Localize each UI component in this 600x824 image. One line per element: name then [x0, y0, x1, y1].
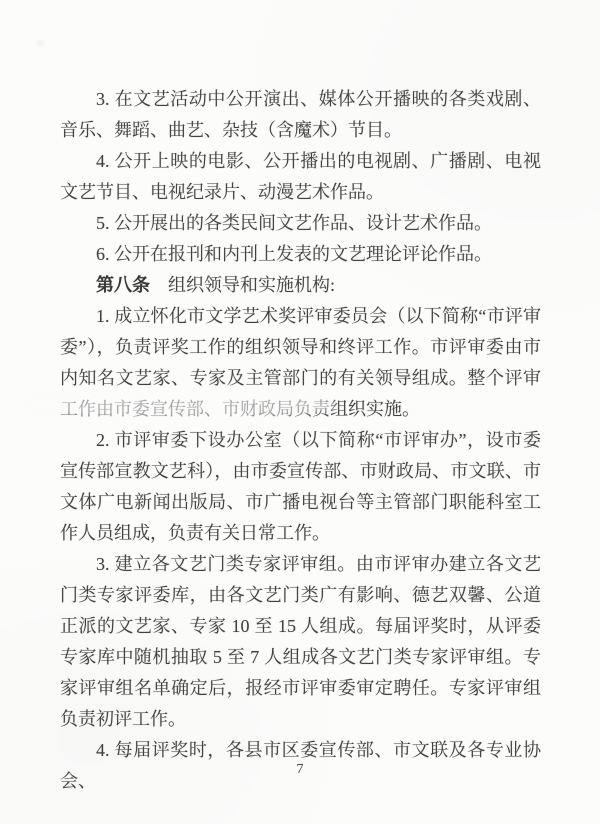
page-footer: 7: [0, 760, 600, 780]
article-number: 第八条: [96, 275, 150, 295]
paragraph: 1. 成立怀化市文学艺术奖评审委员会（以下简称“市评审委”），负责评奖工作的组织…: [60, 301, 541, 425]
paragraph: 3. 建立各文艺门类专家评审组。由市评审办建立各文艺门类专家评委库，由各文艺门类…: [60, 549, 541, 735]
document-page: 3. 在文艺活动中公开演出、媒体公开播映的各类戏剧、音乐、舞蹈、曲艺、杂技（含魔…: [0, 0, 600, 824]
paragraph: 2. 市评审委下设办公室（以下简称“市评审办”，设市委宣传部宣教文艺科），由市委…: [60, 425, 541, 549]
paragraph: 6. 公开在报刊和内刊上发表的文艺理论评论作品。: [60, 239, 541, 270]
document-body: 3. 在文艺活动中公开演出、媒体公开播映的各类戏剧、音乐、舞蹈、曲艺、杂技（含魔…: [60, 84, 541, 797]
paragraph: 5. 公开展出的各类民间文艺作品、设计艺术作品。: [60, 208, 541, 239]
paragraph: 3. 在文艺活动中公开演出、媒体公开播映的各类戏剧、音乐、舞蹈、曲艺、杂技（含魔…: [60, 84, 541, 146]
scan-speck-artifact: [36, 40, 45, 47]
page-number: 7: [297, 762, 304, 777]
paragraph: 4. 公开上映的电影、公开播出的电视剧、广播剧、电视文艺节目、电视纪录片、动漫艺…: [60, 146, 541, 208]
article-title: 组织领导和实施机构:: [150, 275, 335, 295]
paragraph-article-heading: 第八条 组织领导和实施机构:: [60, 270, 541, 301]
